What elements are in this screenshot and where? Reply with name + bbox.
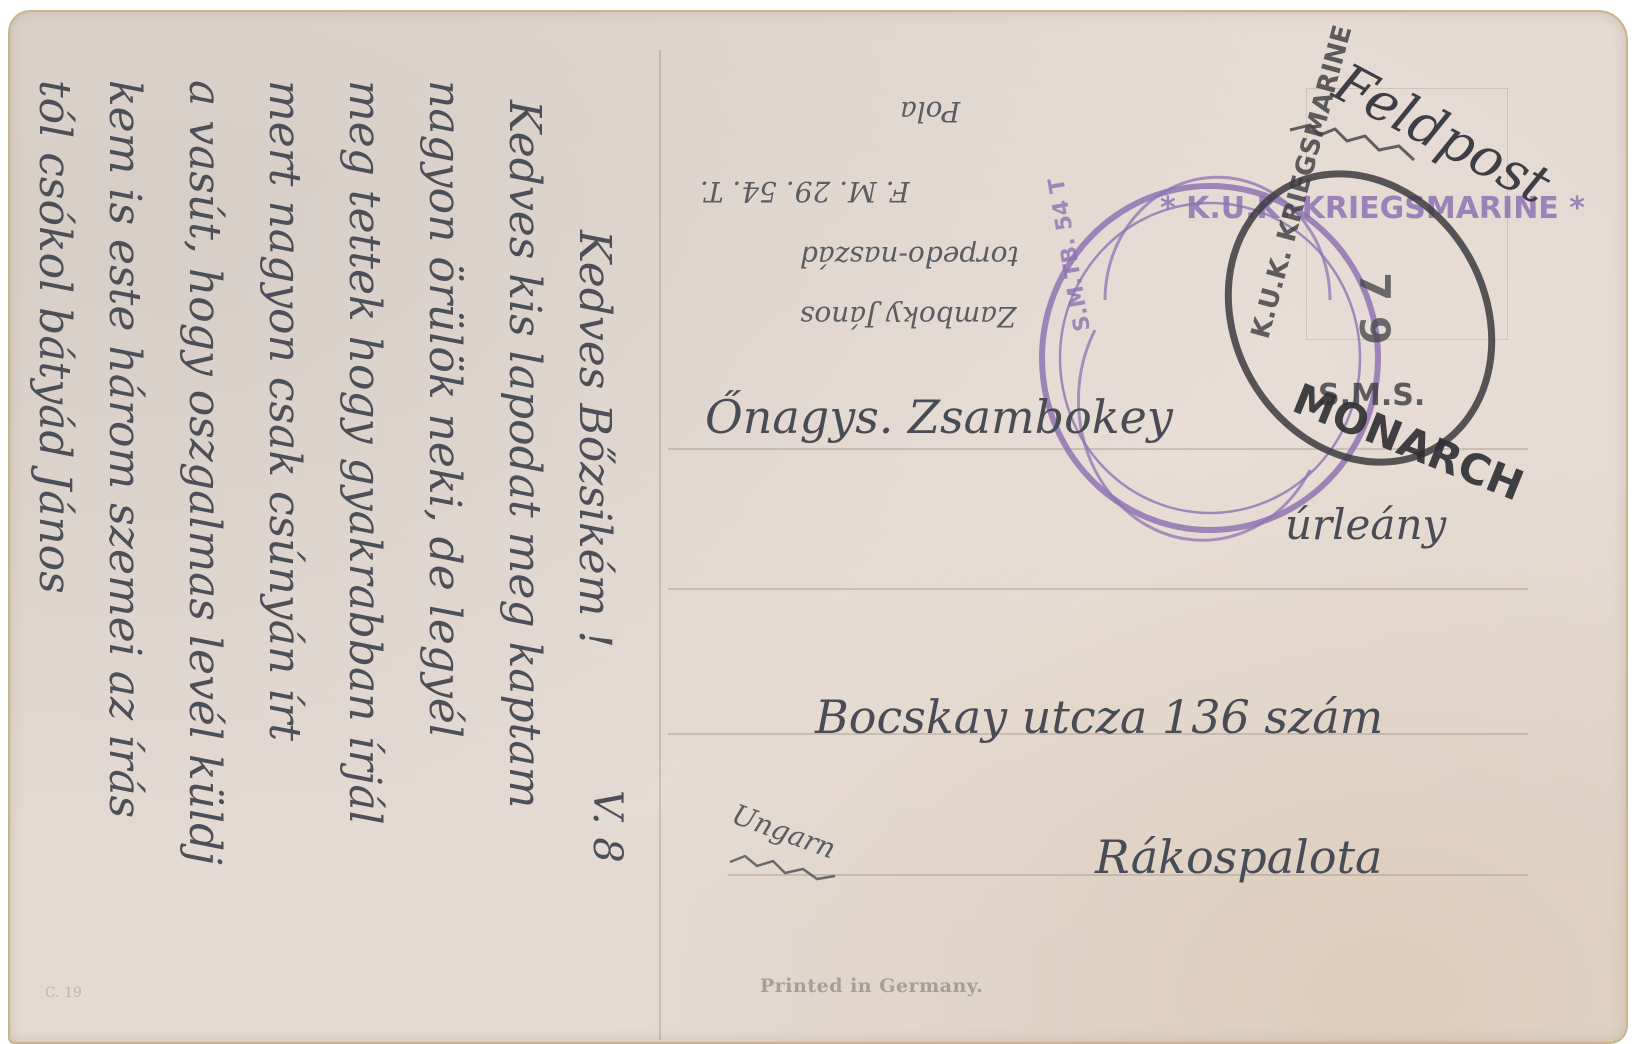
black-postmark-date: 7 9: [1350, 272, 1399, 345]
recipient-name: Őnagys. Zsambokey: [705, 390, 1173, 444]
publisher-mark: C. 19: [45, 985, 82, 1001]
printed-in-germany: Printed in Germany.: [760, 975, 983, 997]
violet-stamp-side-text: S.M.TB. 54 T: [1044, 176, 1096, 334]
recipient-city: Rákospalota: [1095, 830, 1382, 884]
black-postmark-top-text: K.U.K. KRIEGSMARINE: [1246, 22, 1359, 342]
recipient-title: úrleány: [1285, 500, 1446, 549]
recipient-street: Bocskay utcza 136 szám: [815, 690, 1383, 744]
